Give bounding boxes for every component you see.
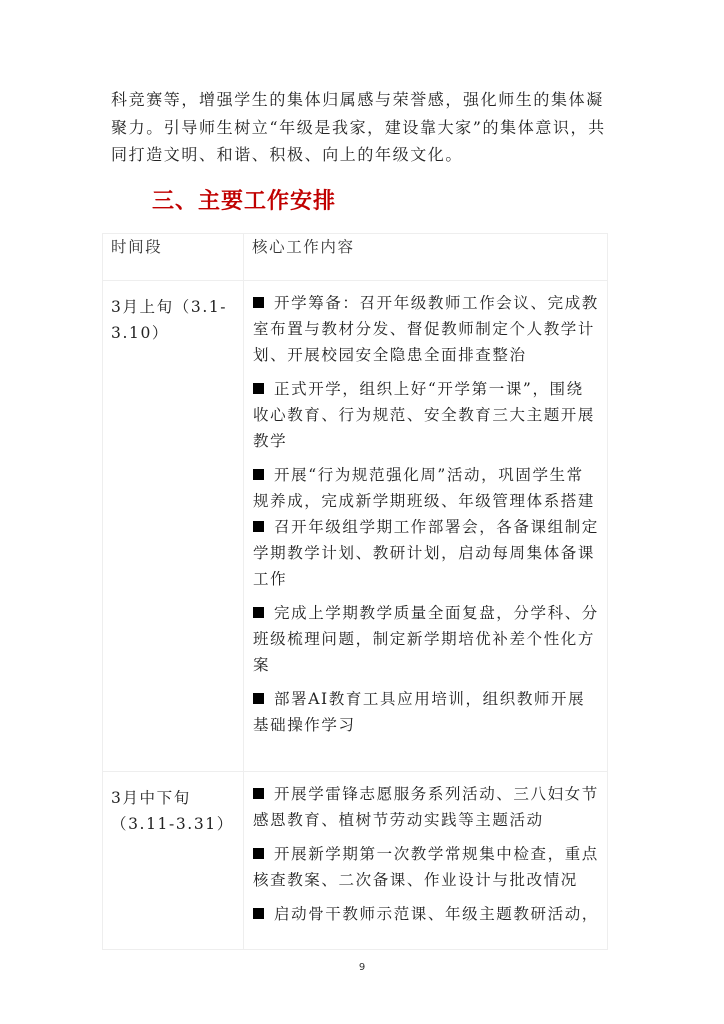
- content-cell: 开学筹备：召开年级教师工作会议、完成教室布置与教材分发、督促教师制定个人教学计划…: [244, 281, 608, 772]
- period-cell: 3月上旬（3.1-3.10）: [103, 281, 244, 772]
- black-square-icon: [253, 908, 264, 919]
- work-item: 完成上学期教学质量全面复盘，分学科、分班级梳理问题，制定新学期培优补差个性化方案: [253, 600, 599, 678]
- work-item: 开学筹备：召开年级教师工作会议、完成教室布置与教材分发、督促教师制定个人教学计划…: [253, 290, 599, 368]
- work-item: 开展学雷锋志愿服务系列活动、三八妇女节感恩教育、植树节劳动实践等主题活动: [253, 781, 599, 833]
- black-square-icon: [253, 521, 264, 532]
- header-period: 时间段: [103, 234, 244, 281]
- page-number: 9: [0, 962, 724, 973]
- table-header-row: 时间段 核心工作内容: [103, 234, 608, 281]
- content-cell: 开展学雷锋志愿服务系列活动、三八妇女节感恩教育、植树节劳动实践等主题活动 开展新…: [244, 772, 608, 950]
- work-item: 召开年级组学期工作部署会，各备课组制定学期教学计划、教研计划，启动每周集体备课工…: [253, 514, 599, 592]
- period-cell: 3月中下旬（3.11-3.31）: [103, 772, 244, 950]
- black-square-icon: [253, 848, 264, 859]
- table-row: 3月上旬（3.1-3.10） 开学筹备：召开年级教师工作会议、完成教室布置与教材…: [103, 281, 608, 772]
- black-square-icon: [253, 607, 264, 618]
- work-item: 开展新学期第一次教学常规集中检查，重点核查教案、二次备课、作业设计与批改情况: [253, 841, 599, 893]
- black-square-icon: [253, 383, 264, 394]
- black-square-icon: [253, 469, 264, 480]
- work-schedule-table: 时间段 核心工作内容 3月上旬（3.1-3.10） 开学筹备：召开年级教师工作会…: [102, 233, 608, 950]
- intro-paragraph: 科竞赛等，增强学生的集体归属感与荣誉感，强化师生的集体凝聚力。引导师生树立“年级…: [111, 86, 611, 169]
- work-item: 部署AI教育工具应用培训，组织教师开展基础操作学习: [253, 686, 599, 738]
- black-square-icon: [253, 297, 264, 308]
- header-content: 核心工作内容: [244, 234, 608, 281]
- work-item: 正式开学，组织上好“开学第一课”，围绕收心教育、行为规范、安全教育三大主题开展教…: [253, 376, 599, 454]
- work-item: 启动骨干教师示范课、年级主题教研活动，: [253, 901, 599, 927]
- section-heading: 三、主要工作安排: [152, 184, 336, 215]
- black-square-icon: [253, 693, 264, 704]
- work-item: 开展“行为规范强化周”活动，巩固学生常规养成，完成新学期班级、年级管理体系搭建: [253, 462, 599, 514]
- table-row: 3月中下旬（3.11-3.31） 开展学雷锋志愿服务系列活动、三八妇女节感恩教育…: [103, 772, 608, 950]
- black-square-icon: [253, 788, 264, 799]
